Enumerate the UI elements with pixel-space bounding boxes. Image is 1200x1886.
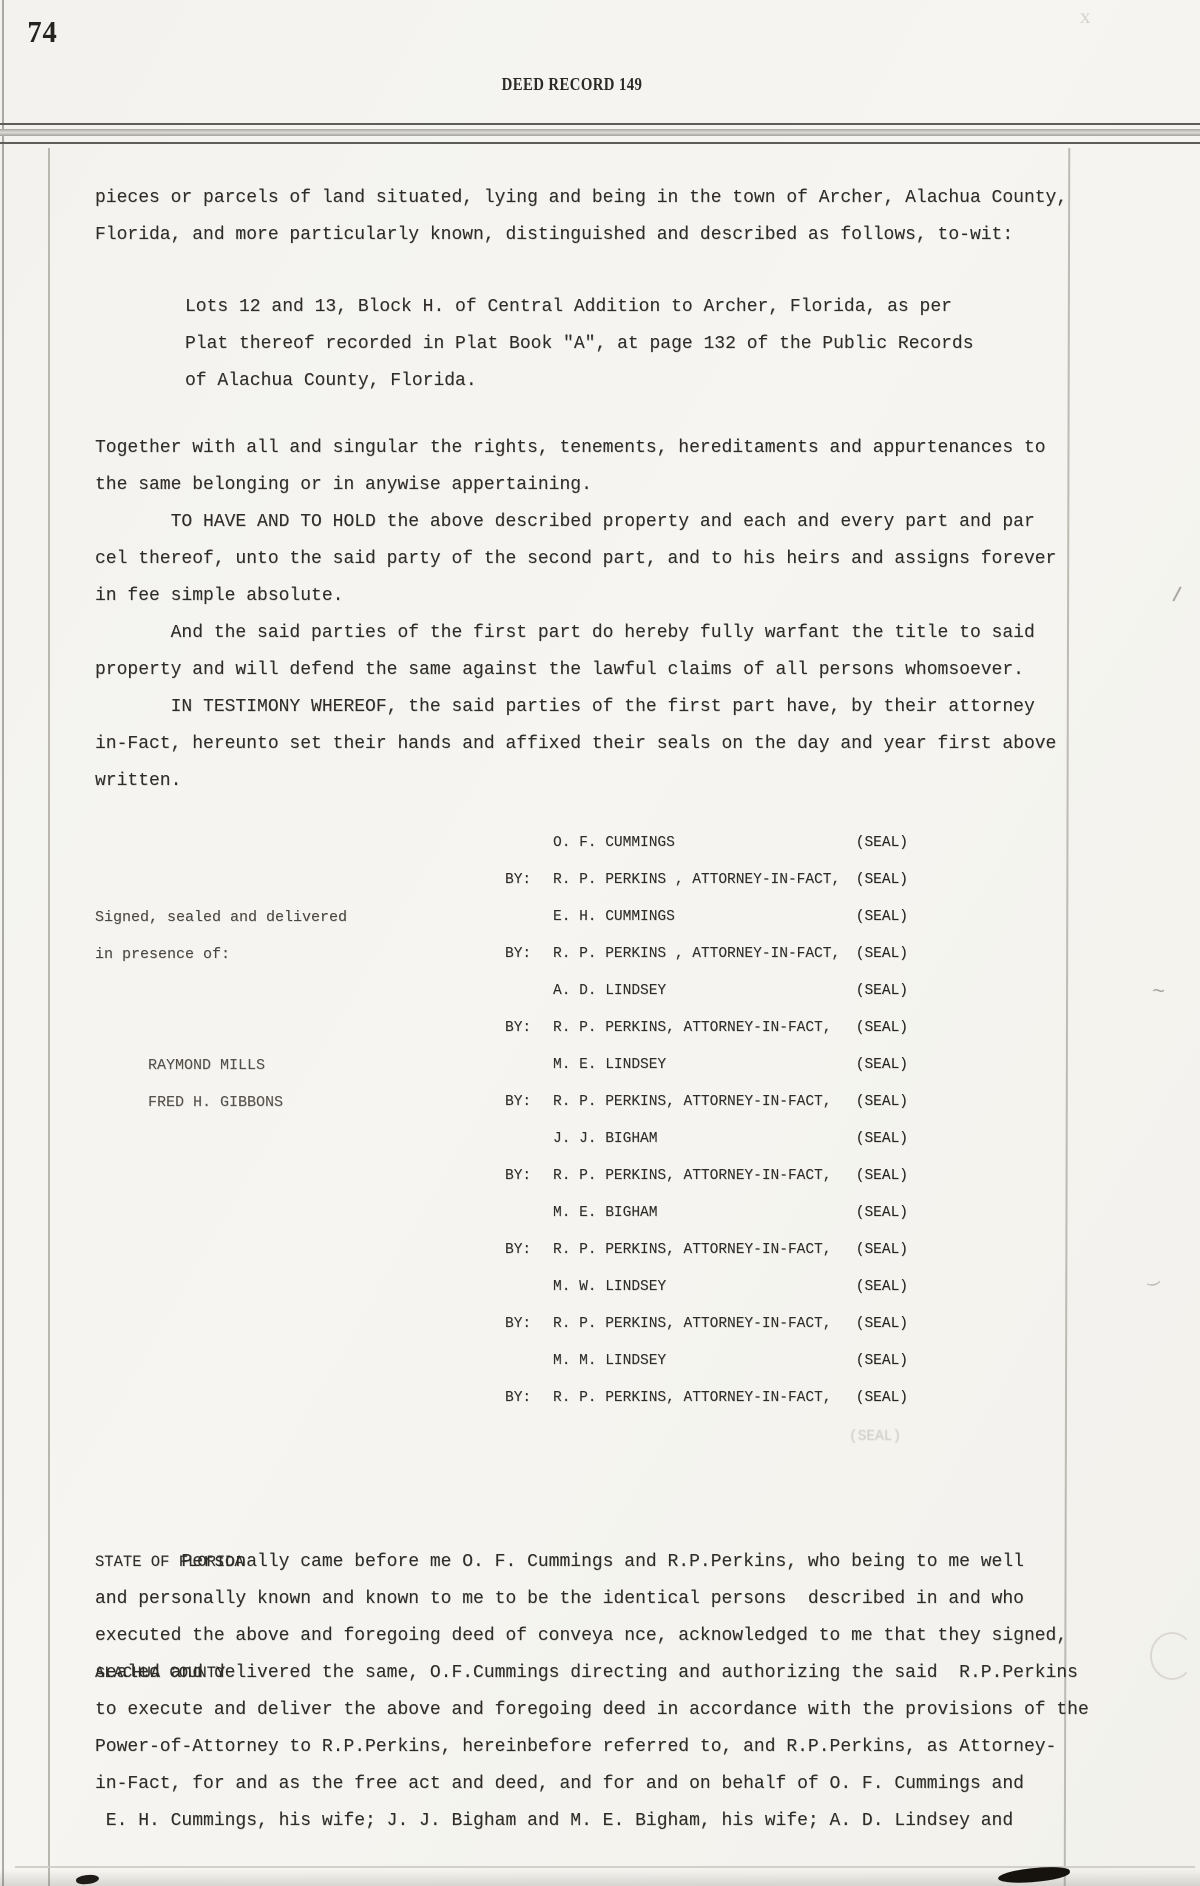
signer-name: O. F. CUMMINGS	[553, 825, 856, 862]
page-header-title: DEED RECORD 149	[80, 74, 1064, 95]
by-label	[505, 1047, 553, 1084]
seal-label: (SEAL)	[856, 1195, 908, 1232]
header-rule-band	[0, 129, 1200, 136]
by-label: BY:	[505, 1084, 553, 1121]
text-line: property and will defend the same agains…	[95, 652, 1056, 689]
signature-row: BY:R. P. PERKINS, ATTORNEY-IN-FACT,(SEAL…	[505, 1010, 908, 1047]
signer-name: R. P. PERKINS, ATTORNEY-IN-FACT,	[553, 1306, 856, 1343]
witness-name: RAYMOND MILLS	[148, 1047, 347, 1084]
signature-row: M. E. LINDSEY(SEAL)	[505, 1047, 908, 1084]
seal-label: (SEAL)	[856, 1343, 908, 1380]
by-label: BY:	[505, 862, 553, 899]
text-line: to execute and deliver the above and for…	[95, 1692, 1089, 1729]
signer-name: M. E. BIGHAM	[553, 1195, 856, 1232]
seal-label: (SEAL)	[856, 936, 908, 973]
signer-name: E. H. CUMMINGS	[553, 899, 856, 936]
witness-names: RAYMOND MILLSFRED H. GIBBONS	[148, 1047, 347, 1121]
seal-label: (SEAL)	[856, 1158, 908, 1195]
seal-label: (SEAL)	[856, 1306, 908, 1343]
text-line: E. H. Cummings, his wife; J. J. Bigham a…	[95, 1803, 1089, 1840]
signature-row: BY:R. P. PERKINS, ATTORNEY-IN-FACT,(SEAL…	[505, 1232, 908, 1269]
signer-name: J. J. BIGHAM	[553, 1121, 856, 1158]
signature-row: J. J. BIGHAM(SEAL)	[505, 1121, 908, 1158]
text-line: Plat thereof recorded in Plat Book "A", …	[185, 326, 974, 363]
text-line: in fee simple absolute.	[95, 578, 1056, 615]
text-line: Personally came before me O. F. Cummings…	[95, 1544, 1089, 1581]
by-label: BY:	[505, 1380, 553, 1417]
text-line: cel thereof, unto the said party of the …	[95, 541, 1056, 578]
text-line: and personally known and known to me to …	[95, 1581, 1089, 1618]
signature-row: BY:R. P. PERKINS , ATTORNEY-IN-FACT,(SEA…	[505, 862, 908, 899]
text-line: TO HAVE AND TO HOLD the above described …	[95, 504, 1056, 541]
text-line: in presence of:	[95, 936, 347, 973]
seal-label: (SEAL)	[856, 1010, 908, 1047]
text-line: executed the above and foregoing deed of…	[95, 1618, 1089, 1655]
text-line: in-Fact, for and as the free act and dee…	[95, 1766, 1089, 1803]
seal-label: (SEAL)	[856, 1380, 908, 1417]
signature-row: BY:R. P. PERKINS , ATTORNEY-IN-FACT,(SEA…	[505, 936, 908, 973]
by-label: BY:	[505, 1232, 553, 1269]
by-label: BY:	[505, 1306, 553, 1343]
witness-intro: Signed, sealed and deliveredin presence …	[95, 899, 347, 973]
signature-row: BY:R. P. PERKINS, ATTORNEY-IN-FACT,(SEAL…	[505, 1306, 908, 1343]
signer-name: R. P. PERKINS, ATTORNEY-IN-FACT,	[553, 1158, 856, 1195]
text-line: Together with all and singular the right…	[95, 430, 1056, 467]
seal-label: (SEAL)	[856, 1232, 908, 1269]
by-label: BY:	[505, 936, 553, 973]
signature-row: E. H. CUMMINGS(SEAL)	[505, 899, 908, 936]
seal-label: (SEAL)	[856, 1269, 908, 1306]
signer-name: R. P. PERKINS , ATTORNEY-IN-FACT,	[553, 862, 856, 899]
scratch-mark	[1172, 586, 1181, 601]
by-label: BY:	[505, 1010, 553, 1047]
by-label	[505, 1343, 553, 1380]
page-edge-rule	[2, 0, 4, 1886]
header-rule-top	[0, 123, 1200, 125]
text-line: Lots 12 and 13, Block H. of Central Addi…	[185, 289, 974, 326]
witness-name: FRED H. GIBBONS	[148, 1084, 347, 1121]
signature-row: M. W. LINDSEY(SEAL)	[505, 1269, 908, 1306]
signature-block: O. F. CUMMINGS(SEAL)BY:R. P. PERKINS , A…	[505, 825, 908, 1417]
by-label	[505, 899, 553, 936]
by-label	[505, 1269, 553, 1306]
curve-mark: ‿	[1143, 1261, 1160, 1289]
faint-circle-mark	[1150, 1632, 1194, 1680]
left-margin-rule	[48, 148, 50, 1886]
by-label	[505, 1195, 553, 1232]
scan-curl-mark: ˣ	[1080, 0, 1090, 42]
signer-name: R. P. PERKINS, ATTORNEY-IN-FACT,	[553, 1232, 856, 1269]
seal-label: (SEAL)	[856, 1047, 908, 1084]
text-line: Florida, and more particularly known, di…	[95, 217, 1067, 254]
seal-label: (SEAL)	[856, 1084, 908, 1121]
seal-label: (SEAL)	[856, 1121, 908, 1158]
seal-label: (SEAL)	[856, 862, 908, 899]
text-line: And the said parties of the first part d…	[95, 615, 1056, 652]
page-number: 74	[27, 14, 57, 50]
text-line: in-Fact, hereunto set their hands and af…	[95, 726, 1056, 763]
header-rule-bottom	[0, 142, 1200, 144]
signature-row: BY:R. P. PERKINS, ATTORNEY-IN-FACT,(SEAL…	[505, 1084, 908, 1121]
signature-row: O. F. CUMMINGS(SEAL)	[505, 825, 908, 862]
acknowledgment-paragraph: Personally came before me O. F. Cummings…	[95, 1544, 1089, 1840]
text-line: the same belonging or in anywise apperta…	[95, 467, 1056, 504]
text-line: Signed, sealed and delivered	[95, 899, 347, 936]
seal-label: (SEAL)	[856, 973, 908, 1010]
by-label: BY:	[505, 1158, 553, 1195]
witness-block: Signed, sealed and deliveredin presence …	[95, 825, 347, 1195]
seal-label: (SEAL)	[856, 899, 908, 936]
habendum-paragraphs: Together with all and singular the right…	[95, 430, 1056, 800]
text-line: written.	[95, 763, 1056, 800]
faded-seal: (SEAL)	[849, 1419, 901, 1456]
signer-name: M. M. LINDSEY	[553, 1343, 856, 1380]
seal-label: (SEAL)	[856, 825, 908, 862]
text-line: pieces or parcels of land situated, lyin…	[95, 180, 1067, 217]
signature-row: BY:R. P. PERKINS, ATTORNEY-IN-FACT,(SEAL…	[505, 1380, 908, 1417]
by-label	[505, 973, 553, 1010]
text-line: Power-of-Attorney to R.P.Perkins, herein…	[95, 1729, 1089, 1766]
signer-name: M. E. LINDSEY	[553, 1047, 856, 1084]
signer-name: R. P. PERKINS, ATTORNEY-IN-FACT,	[553, 1380, 856, 1417]
signature-row: A. D. LINDSEY(SEAL)	[505, 973, 908, 1010]
by-label	[505, 825, 553, 862]
text-line: sealed and delivered the same, O.F.Cummi…	[95, 1655, 1089, 1692]
squiggle-mark: ~	[1152, 980, 1165, 1005]
text-line: IN TESTIMONY WHEREOF, the said parties o…	[95, 689, 1056, 726]
by-label	[505, 1121, 553, 1158]
signature-row: BY:R. P. PERKINS, ATTORNEY-IN-FACT,(SEAL…	[505, 1158, 908, 1195]
signer-name: R. P. PERKINS, ATTORNEY-IN-FACT,	[553, 1010, 856, 1047]
property-description: Lots 12 and 13, Block H. of Central Addi…	[185, 289, 974, 400]
signature-row: M. M. LINDSEY(SEAL)	[505, 1343, 908, 1380]
opening-paragraph: pieces or parcels of land situated, lyin…	[95, 180, 1067, 254]
signature-row: M. E. BIGHAM(SEAL)	[505, 1195, 908, 1232]
bottom-scan-line	[15, 1866, 1195, 1868]
deed-page: 74 DEED RECORD 149 pieces or parcels of …	[0, 0, 1200, 1886]
text-line: of Alachua County, Florida.	[185, 363, 974, 400]
signer-name: A. D. LINDSEY	[553, 973, 856, 1010]
signer-name: M. W. LINDSEY	[553, 1269, 856, 1306]
signer-name: R. P. PERKINS , ATTORNEY-IN-FACT,	[553, 936, 856, 973]
signer-name: R. P. PERKINS, ATTORNEY-IN-FACT,	[553, 1084, 856, 1121]
